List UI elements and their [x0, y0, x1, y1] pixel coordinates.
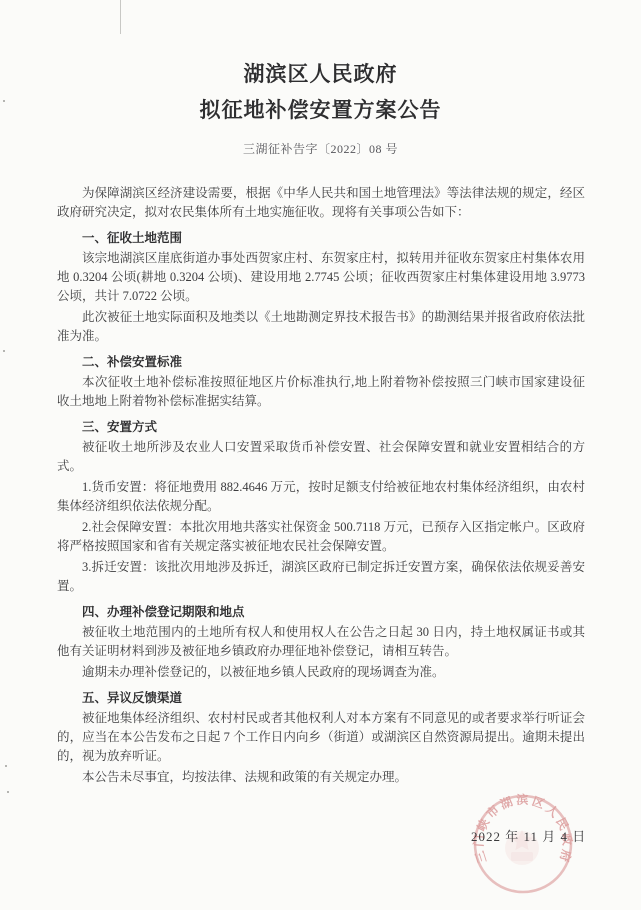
- section-heading-resettlement-method: 三、安置方式: [57, 418, 585, 437]
- announcement-page: 湖滨区人民政府 拟征地补偿安置方案公告 三湖征补告字〔2022〕08 号 为保障…: [0, 0, 641, 910]
- scan-speck: [3, 350, 5, 352]
- scan-artifact-line: [120, 0, 121, 34]
- document-number: 三湖征补告字〔2022〕08 号: [0, 140, 641, 157]
- announcement-body: 为保障湖滨区经济建设需要，根据《中华人民共和国土地管理法》等法律法规的规定，经区…: [57, 184, 585, 787]
- paragraph-objection-procedure: 被征地集体经济组织、农村村民或者其他权利人对本方案有不同意见的或者要求举行听证会…: [57, 709, 585, 766]
- section-heading-land-scope: 一、征收土地范围: [57, 229, 585, 248]
- section-heading-registration: 四、办理补偿登记期限和地点: [57, 603, 585, 622]
- section-heading-compensation-standard: 二、补偿安置标准: [57, 353, 585, 372]
- announcement-title: 拟征地补偿安置方案公告: [0, 94, 641, 124]
- government-title: 湖滨区人民政府: [0, 58, 641, 88]
- paragraph-resettlement-overview: 被征收土地所涉及农业人口安置采取货币补偿安置、社会保障安置和就业安置相结合的方式…: [57, 438, 585, 476]
- intro-paragraph: 为保障湖滨区经济建设需要，根据《中华人民共和国土地管理法》等法律法规的规定，经区…: [57, 184, 585, 222]
- paragraph-demolition-resettlement: 3.拆迁安置：该批次用地涉及拆迁，湖滨区政府已制定拆迁安置方案，确保依法依规妥善…: [57, 558, 585, 596]
- paragraph-compensation-standard: 本次征收土地补偿标准按照征地区片价标准执行,地上附着物补偿按照三门峡市国家建设征…: [57, 373, 585, 411]
- scan-speck: [7, 791, 9, 793]
- paragraph-survey-basis: 此次被征土地实际面积及地类以《土地勘测定界技术报告书》的勘测结果并报省政府依法批…: [57, 308, 585, 346]
- paragraph-overdue-registration: 逾期未办理补偿登记的，以被征地乡镇人民政府的现场调查为准。: [57, 663, 585, 682]
- section-heading-objection-channel: 五、异议反馈渠道: [57, 689, 585, 708]
- paragraph-social-security-resettlement: 2.社会保障安置：本批次用地共落实社保资金 500.7118 万元，已预存入区指…: [57, 518, 585, 556]
- paragraph-registration-deadline: 被征收土地范围内的土地所有权人和使用权人在公告之日起 30 日内，持土地权属证书…: [57, 623, 585, 661]
- government-seal: 三门峡市湖滨区人民政府: [468, 790, 578, 900]
- paragraph-monetary-resettlement: 1.货币安置：将征地费用 882.4646 万元，按时足额支付给被征地农村集体经…: [57, 478, 585, 516]
- issue-date: 2022 年 11 月 4 日: [471, 826, 586, 845]
- scan-speck: [5, 765, 7, 767]
- paragraph-closing-remark: 本公告未尽事宜，均按法律、法规和政策的有关规定办理。: [57, 768, 585, 787]
- paragraph-land-parcels: 该宗地湖滨区崖底街道办事处西贺家庄村、东贺家庄村，拟转用并征收东贺家庄村集体农用…: [57, 249, 585, 306]
